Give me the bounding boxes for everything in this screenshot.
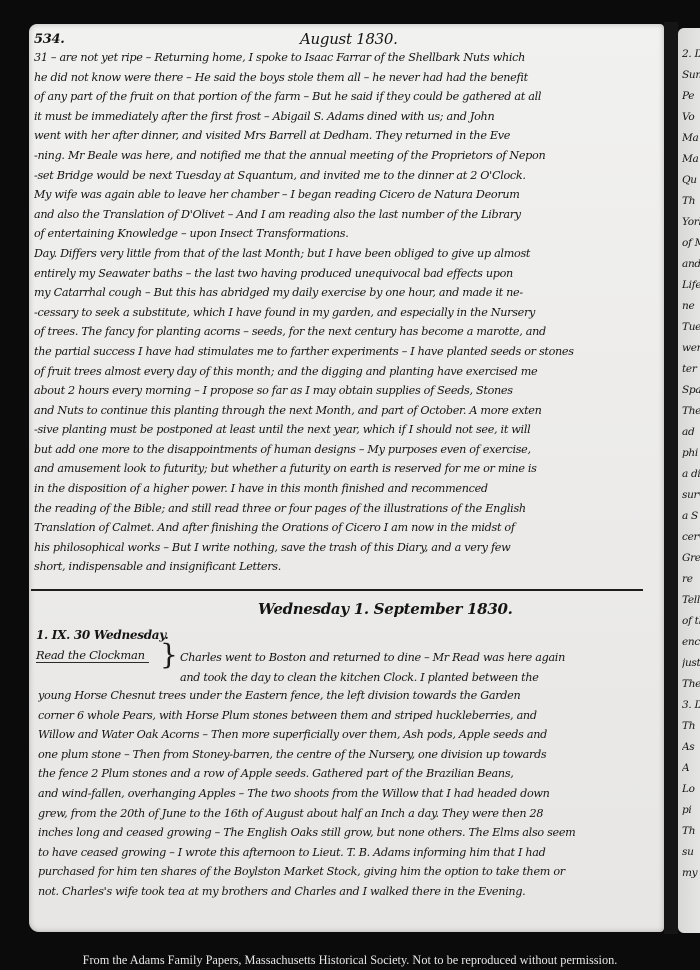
- facing-fragment: Spa: [682, 380, 700, 401]
- text-line: short, indispensable and insignificant L…: [34, 557, 662, 577]
- facing-fragment: surv: [682, 485, 700, 506]
- facing-fragment: The: [682, 401, 700, 422]
- facing-fragment: re: [682, 569, 700, 590]
- text-line: the reading of the Bible; and still read…: [34, 499, 662, 519]
- facing-fragment: Ma: [682, 149, 700, 170]
- september-entry-bracketed: Charles went to Boston and returned to d…: [180, 648, 666, 687]
- page-number: 534.: [34, 32, 64, 47]
- text-line: it must be immediately after the first f…: [34, 107, 662, 127]
- facing-fragment: Sun: [682, 65, 700, 86]
- text-line: -ning. Mr Beale was here, and notified m…: [34, 146, 662, 166]
- facing-page-text: 2. IXSunPeVoMaMaQuThYorkeof MandLifeneTu…: [682, 44, 700, 884]
- text-line: of trees. The fancy for planting acorns …: [34, 322, 662, 342]
- august-entry: 31 – are not yet ripe – Returning home, …: [34, 48, 662, 577]
- text-line: of fruit trees almost every day of this …: [34, 362, 662, 382]
- facing-fragment: Th: [682, 821, 700, 842]
- text-line: his philosophical works – But I write no…: [34, 538, 662, 558]
- facing-fragment: The: [682, 674, 700, 695]
- text-line: the partial success I have had stimulate…: [34, 342, 662, 362]
- facing-fragment: Ma: [682, 128, 700, 149]
- facing-fragment: 3. IX: [682, 695, 700, 716]
- facing-fragment: of M: [682, 233, 700, 254]
- text-line: and took the day to clean the kitchen Cl…: [180, 668, 666, 688]
- text-line: one plum stone – Then from Stoney-barren…: [38, 745, 668, 765]
- text-line: corner 6 whole Pears, with Horse Plum st…: [38, 706, 668, 726]
- section-divider: [31, 589, 643, 591]
- text-line: the fence 2 Plum stones and a row of App…: [38, 764, 668, 784]
- text-line: not. Charles's wife took tea at my broth…: [38, 882, 668, 902]
- facing-fragment: and: [682, 254, 700, 275]
- facing-fragment: just: [682, 653, 700, 674]
- facing-fragment: su: [682, 842, 700, 863]
- facing-fragment: enc: [682, 632, 700, 653]
- facing-fragment: Yorke: [682, 212, 700, 233]
- facing-fragment: 2. IX: [682, 44, 700, 65]
- facing-fragment: Tell: [682, 590, 700, 611]
- text-line: entirely my Seawater baths – the last tw…: [34, 264, 662, 284]
- text-line: -cessary to seek a substitute, which I h…: [34, 303, 662, 323]
- text-line: -set Bridge would be next Tuesday at Squ…: [34, 166, 662, 186]
- month-heading: August 1830.: [300, 30, 398, 48]
- text-line: Willow and Water Oak Acorns – Then more …: [38, 725, 668, 745]
- text-line: in the disposition of a higher power. I …: [34, 479, 662, 499]
- facing-fragment: Th: [682, 716, 700, 737]
- facing-fragment: Lo: [682, 779, 700, 800]
- text-line: purchased for him ten shares of the Boyl…: [38, 862, 668, 882]
- text-line: Day. Differs very little from that of th…: [34, 244, 662, 264]
- facing-fragment: Tue: [682, 317, 700, 338]
- september-entry: young Horse Chesnut trees under the East…: [38, 686, 668, 902]
- text-line: to have ceased growing – I wrote this af…: [38, 843, 668, 863]
- text-line: about 2 hours every morning – I propose …: [34, 381, 662, 401]
- brace-mark: }: [160, 641, 178, 669]
- text-line: My wife was again able to leave her cham…: [34, 185, 662, 205]
- facing-fragment: my: [682, 863, 700, 884]
- text-line: went with her after dinner, and visited …: [34, 126, 662, 146]
- facing-fragment: pi: [682, 800, 700, 821]
- text-line: of any part of the fruit on that portion…: [34, 87, 662, 107]
- margin-note: Read the Clockman: [36, 648, 149, 663]
- text-line: and also the Translation of D'Olivet – A…: [34, 205, 662, 225]
- facing-fragment: ad: [682, 422, 700, 443]
- text-line: inches long and ceased growing – The Eng…: [38, 823, 668, 843]
- entry-date: 1. IX. 30 Wednesday.: [36, 628, 168, 642]
- text-line: and amusement look to futurity; but whet…: [34, 459, 662, 479]
- facing-fragment: of the: [682, 611, 700, 632]
- facing-fragment: As: [682, 737, 700, 758]
- facing-fragment: a di: [682, 464, 700, 485]
- facing-fragment: Pe: [682, 86, 700, 107]
- facing-fragment: a S: [682, 506, 700, 527]
- text-line: young Horse Chesnut trees under the East…: [38, 686, 668, 706]
- facing-fragment: A: [682, 758, 700, 779]
- copyright-footer: From the Adams Family Papers, Massachuse…: [0, 950, 700, 970]
- text-line: Translation of Calmet. And after finishi…: [34, 518, 662, 538]
- text-line: -sive planting must be postponed at leas…: [34, 420, 662, 440]
- text-line: and wind-fallen, overhanging Apples – Th…: [38, 784, 668, 804]
- facing-fragment: phi: [682, 443, 700, 464]
- text-line: and Nuts to continue this planting throu…: [34, 401, 662, 421]
- text-line: he did not know were there – He said the…: [34, 68, 662, 88]
- day-heading: Wednesday 1. September 1830.: [258, 600, 513, 618]
- text-line: 31 – are not yet ripe – Returning home, …: [34, 48, 662, 68]
- facing-fragment: Qu: [682, 170, 700, 191]
- facing-fragment: wen: [682, 338, 700, 359]
- text-line: Charles went to Boston and returned to d…: [180, 648, 666, 668]
- facing-fragment: ter: [682, 359, 700, 380]
- facing-fragment: Life: [682, 275, 700, 296]
- text-line: of entertaining Knowledge – upon Insect …: [34, 224, 662, 244]
- facing-fragment: Gre: [682, 548, 700, 569]
- text-line: my Catarrhal cough – But this has abridg…: [34, 283, 662, 303]
- facing-fragment: Th: [682, 191, 700, 212]
- facing-fragment: cerv: [682, 527, 700, 548]
- facing-fragment: ne: [682, 296, 700, 317]
- facing-fragment: Vo: [682, 107, 700, 128]
- text-line: but add one more to the disappointments …: [34, 440, 662, 460]
- text-line: grew, from the 20th of June to the 16th …: [38, 804, 668, 824]
